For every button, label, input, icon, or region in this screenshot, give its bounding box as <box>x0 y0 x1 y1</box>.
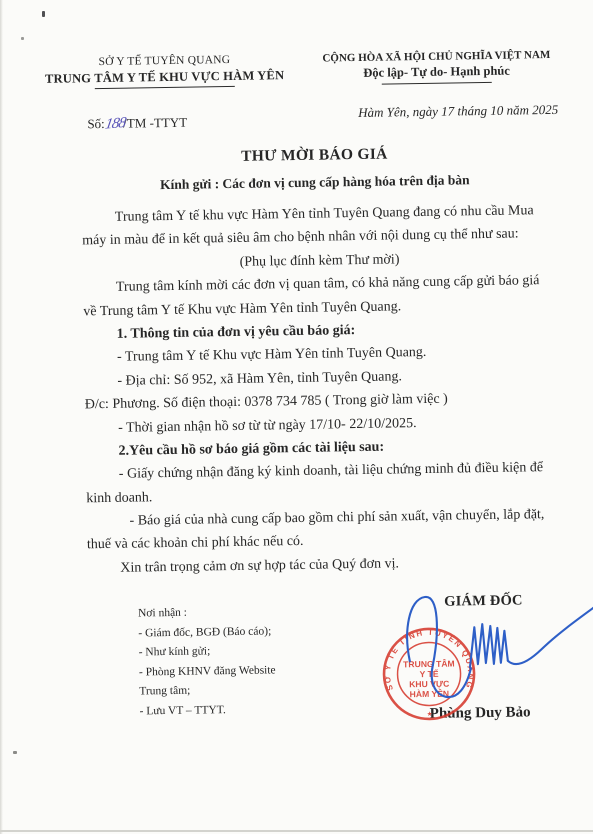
document-number: Số:188/TM -TTYT <box>87 115 187 134</box>
recipient-item: - Như kính gửi; <box>139 642 276 664</box>
ref-prefix: Số: <box>87 116 105 131</box>
ink-speck <box>21 37 24 40</box>
ref-suffix: /TM -TTYT <box>123 115 187 131</box>
scan-bottom-edge <box>0 830 593 832</box>
place-date-line: Hàm Yên, ngày 17 tháng 10 năm 2025 <box>330 102 558 122</box>
official-red-stamp-icon: SỞ Y TẾ TỈNH TUYÊN QUANG TRUNG TÂM Y TẾ … <box>380 625 477 722</box>
stamp-center-line: KHU VỰC <box>409 679 449 690</box>
ink-speck <box>13 751 17 754</box>
org-underline <box>95 86 235 89</box>
issuing-org-block: SỞ Y TẾ TUYÊN QUANG TRUNG TÂM Y TẾ KHU V… <box>32 52 296 90</box>
national-motto-block: CỘNG HÒA XÃ HỘI CHỦ NGHĨA VIỆT NAM Độc l… <box>310 48 562 86</box>
motto-underline <box>382 81 492 84</box>
handwritten-number: 188 <box>104 115 127 134</box>
stamp-star-icon: ★ <box>427 710 433 718</box>
org-name: TRUNG TÂM Y TẾ KHU VỰC HÀM YÊN <box>33 67 297 87</box>
stamp-center-line: Y TẾ <box>419 669 438 679</box>
recipient-item: - Lưu VT – TTYT. <box>139 700 276 722</box>
recipient-item: - Giám đốc, BGĐ (Báo cáo); <box>138 622 275 644</box>
scanned-document: SỞ Y TẾ TUYÊN QUANG TRUNG TÂM Y TẾ KHU V… <box>0 0 593 834</box>
recipient-item: Trung tâm; <box>139 681 276 703</box>
ink-speck <box>42 11 45 17</box>
document-title: THƯ MỜI BÁO GIÁ <box>36 142 593 169</box>
recipients-block: Nơi nhận : - Giám đốc, BGĐ (Báo cáo); - … <box>138 602 276 722</box>
recipients-title: Nơi nhận : <box>138 602 275 624</box>
document-body: Trung tâm Y tế khu vực Hàm Yên tỉnh Tuyê… <box>82 199 562 581</box>
stamp-center-line: TRUNG TÂM <box>403 658 455 670</box>
scan-left-edge <box>0 0 3 834</box>
salutation-line: Kính gửi : Các đơn vị cung cấp hàng hóa … <box>36 170 593 195</box>
recipient-item: - Phòng KHNV đăng Website <box>139 661 276 683</box>
signer-title: GIÁM ĐỐC <box>426 592 541 611</box>
stamp-center-line: HÀM YÊN <box>410 688 450 700</box>
